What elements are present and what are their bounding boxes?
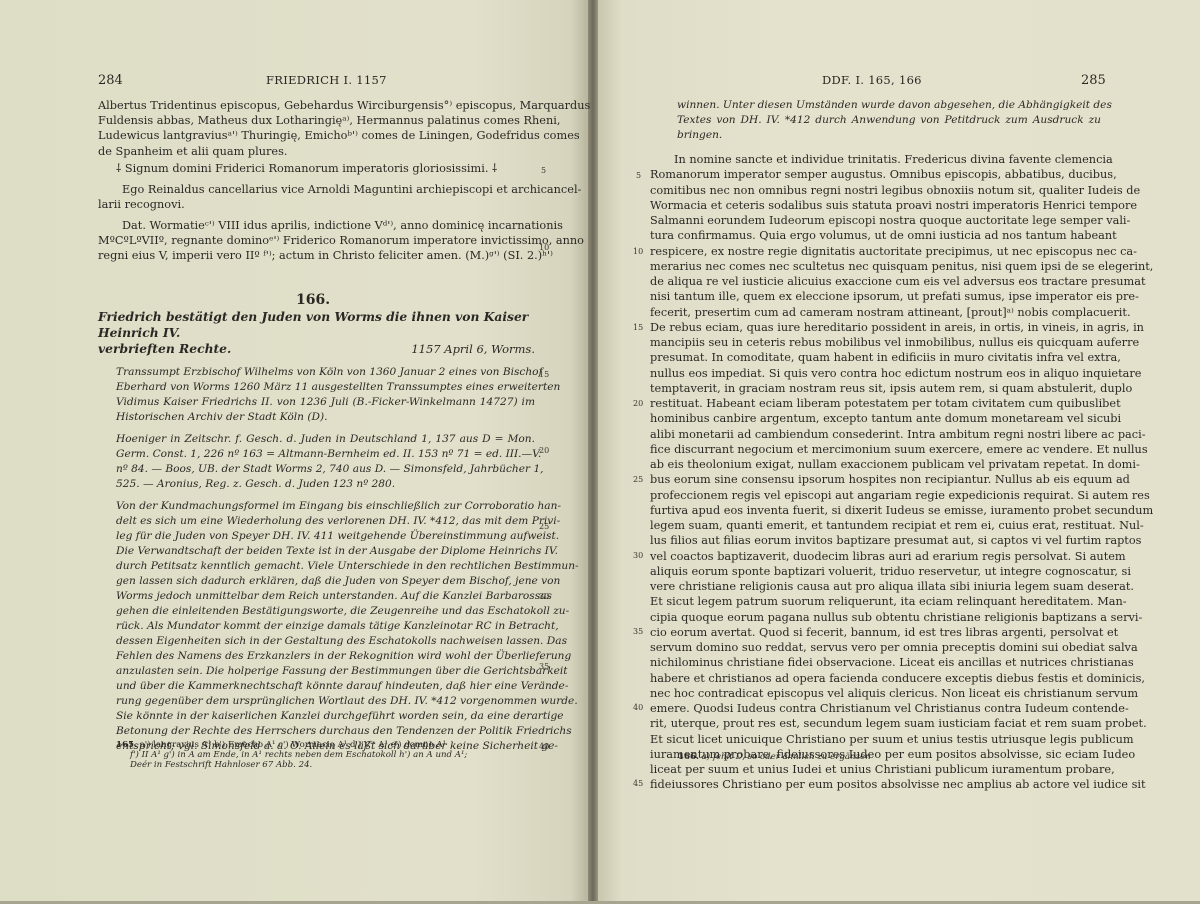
text-line: respicere, ex nostre regie dignitatis au… [650,244,1101,259]
right-running-head: DDF. I. 165, 166 [822,73,922,87]
line-number: 35 [539,662,549,671]
text-line: Et sicut licet unicuique Christiano per … [650,732,1101,747]
text-line: Albertus Tridentinus episcopus, Gebehard… [98,98,535,113]
footnote-label: 166. [678,752,699,762]
document-number: 166. [296,292,330,308]
text-line: fideiussores Christiano per eum positos … [650,777,1101,792]
monogram-cross-icon: ⸸ [116,162,125,175]
text-line: comitibus nec non omnibus regni nostri l… [650,183,1101,198]
commentary: Von der Kundmachungsformel im Eingang bi… [116,499,535,754]
line-number: 15 [539,370,549,379]
dating-clause: Dat. Wormatieᶜ'⁾ VIII idus aprilis, indi… [98,218,535,264]
text-line: Wormacia et ceteris sodalibus suis statu… [650,198,1101,213]
text-line: cio eorum avertat. Quod si fecerit, bann… [650,625,1101,640]
text-line: Dat. Wormatieᶜ'⁾ VIII idus aprilis, indi… [98,218,535,233]
line-number: 15 [633,323,643,332]
line-number: 30 [539,592,549,601]
footnote-label: 165. [116,740,137,750]
text-line: emere. Quodsi Iudeus contra Christianum … [650,701,1101,716]
monogram-cross-icon: ⸸ [488,162,497,175]
text-line: rit, uterque, prout res est, secundum le… [650,716,1101,731]
text-line: habere et christianos ad opera facienda … [650,671,1101,686]
text-line: vere christiane religionis causa aut pro… [650,579,1101,594]
text-line: Germ. Const. 1, 226 nº 163 = Altmann-Ber… [116,447,535,462]
text-line: mancipiis seu in ceteris rebus mobilibus… [650,335,1101,350]
text-line: furtiva apud eos inventa fuerit, si dixe… [650,503,1101,518]
text-line: vel coactos baptizaverit, duodecim libra… [650,549,1101,564]
signum-line: ⸸ Signum domini Friderici Romanorum impe… [116,161,536,176]
text-line: Ludewicus lantgraviusᵃ'⁾ Thuringię, Emic… [98,128,535,143]
book-gutter [588,0,598,904]
text-line: regni eius V, imperii vero IIº ᶠ'⁾; actu… [98,248,535,263]
text-line: Sie könnte in der kaiserlichen Kanzlei d… [116,709,535,724]
text-line: Von der Kundmachungsformel im Eingang bi… [116,499,535,514]
commentary-continuation: winnen. Unter diesen Umständen wurde dav… [677,98,1101,143]
left-footnotes: 165. a') langravius A¹ b') Emecho A¹ c')… [116,740,536,770]
text-line: nº 84. — Boos, UB. der Stadt Worms 2, 74… [116,462,535,477]
line-number: 5 [636,171,641,180]
text-line: leg für die Juden von Speyer DH. IV. 411… [116,529,535,544]
text-line: In nomine sancte et individue trinitatis… [650,152,1101,167]
text-line: Betonung der Rechte des Herrschers durch… [116,724,535,739]
text-line: gehen die einleitenden Bestätigungsworte… [116,604,535,619]
text-line: legem suam, quanti emerit, et tantundem … [650,518,1101,533]
text-line: servum domino suo reddat, servus vero pe… [650,640,1101,655]
text-line: aliquis eorum sponte baptizari voluerit,… [650,564,1101,579]
line-number: 25 [539,522,549,531]
text-line: nisi tantum ille, quem ex eleccione ipso… [650,289,1101,304]
line-number: 40 [633,703,643,712]
text-line: und über die Kammerknechtschaft könnte d… [116,679,535,694]
text-line: presumat. In comoditate, quam habent in … [650,350,1101,365]
text-line: ab eis theolonium exigat, nullam exaccio… [650,457,1101,472]
document-date: 1157 April 6, Worms. [98,342,535,356]
text-line: temptaverit, in graciam nostram reus sit… [650,381,1101,396]
text-line: lus filios aut filias eorum invitos bapt… [650,533,1101,548]
line-number: 25 [633,475,643,484]
text-line: De rebus eciam, quas iure hereditario po… [650,320,1101,335]
text-line: restituat. Habeant eciam liberam potesta… [650,396,1101,411]
text-line: Fuldensis abbas, Matheus dux Lotharingię… [98,113,535,128]
right-footnote: 166. a) fehlt D, so oder ähnlich zu ergä… [678,752,1098,762]
text-line: Fehlen des Namens des Erzkanzlers in der… [116,649,535,664]
text-line: Hoeniger in Zeitschr. f. Gesch. d. Juden… [116,432,535,447]
text-line: larii recognovi. [98,197,535,212]
text-line: durch Petitsatz kenntlich gemacht. Viele… [116,559,535,574]
text-line: gen lassen sich dadurch erklären, daß di… [116,574,535,589]
text-line: fice discurrant negocium et mercimonium … [650,442,1101,457]
text-line: cipia quoque eorum pagana nullus sub obt… [650,610,1101,625]
line-number: 10 [633,247,643,256]
left-page-number: 284 [98,73,123,88]
text-line: Eberhard von Worms 1260 März 11 ausgeste… [116,380,535,395]
text-line: Die Verwandtschaft der beiden Texte ist … [116,544,535,559]
tradition-note: Transsumpt Erzbischof Wilhelms von Köln … [116,365,535,425]
editions-note: Hoeniger in Zeitschr. f. Gesch. d. Juden… [116,432,535,492]
text-line: bringen. [677,128,1101,143]
text-line: dessen Eigenheiten sich in der Gestaltun… [116,634,535,649]
text-line: rung gegenüber dem ursprünglichen Wortla… [116,694,535,709]
line-number: 10 [539,243,549,252]
text-line: profeccionem regis vel episcopi aut anga… [650,488,1101,503]
text-line: delt es sich um eine Wiederholung des ve… [116,514,535,529]
text-line: de Spanheim et alii quam plures. [98,144,535,159]
text-line: liceat per suum et unius Iudei et unius … [650,762,1101,777]
text-line: Et sicut legem patrum suorum reliquerunt… [650,594,1101,609]
text-line: de aliqua re vel iusticie alicuius exacc… [650,274,1101,289]
footnote-text: a) fehlt D, so oder ähnlich zu ergänzen [702,752,871,762]
footnote-text: a') langravius A¹ b') Emecho A¹ c') Worm… [140,740,446,750]
text-line: Salmanni eorundem Iudeorum episcopi nost… [650,213,1101,228]
text-line: Historischen Archiv der Stadt Köln (D). [116,410,535,425]
text-line: nullus eos impediat. Si quis vero contra… [650,366,1101,381]
recognition: Ego Reinaldus cancellarius vice Arnoldi … [98,182,535,212]
text-line: Ego Reinaldus cancellarius vice Arnoldi … [98,182,535,197]
text-line: winnen. Unter diesen Umständen wurde dav… [677,98,1101,113]
line-number: 40 [539,742,549,751]
title-line: Friedrich bestätigt den Juden von Worms … [98,309,535,341]
witness-list: Albertus Tridentinus episcopus, Gebehard… [98,98,535,159]
line-number: 30 [633,551,643,560]
text-line: alibi monetarii ad cambiendum consederin… [650,427,1101,442]
text-line: rück. Als Mundator kommt der einzige dam… [116,619,535,634]
text-line: 525. — Aronius, Reg. z. Gesch. d. Juden … [116,477,535,492]
text-line: anzulasten sein. Die holperige Fassung d… [116,664,535,679]
line-number: 20 [633,399,643,408]
text-line: merarius nec comes nec scultetus nec qui… [650,259,1101,274]
text-line: fecerit, presertim cum ad cameram nostra… [650,305,1101,320]
text-line: Romanorum imperator semper augustus. Omn… [650,167,1101,182]
text-line: bus eorum sine consensu ipsorum hospites… [650,472,1101,487]
footnote-line: 165. a') langravius A¹ b') Emecho A¹ c')… [116,740,536,750]
text-line: Worms jedoch unmittelbar dem Reich unter… [116,589,535,604]
text-line: MºCºLºVIIº, regnante dominoᵉ'⁾ Friderico… [98,233,535,248]
footnote-line: f') II A¹ g') in A am Ende, in A¹ rechts… [116,750,536,760]
text-line: Transsumpt Erzbischof Wilhelms von Köln … [116,365,535,380]
signum-text: Signum domini Friderici Romanorum impera… [125,162,489,175]
text-line: nec hoc contradicat episcopus vel aliqui… [650,686,1101,701]
footnote-line: Deér in Festschrift Hahnloser 67 Abb. 24… [116,760,536,770]
line-number: 35 [633,627,643,636]
text-line: Vidimus Kaiser Friedrichs II. von 1236 J… [116,395,535,410]
line-number: 45 [633,779,643,788]
book-spread: 284 FRIEDRICH I. 1157 Albertus Tridentin… [0,0,1200,904]
charter-text: In nomine sancte et individue trinitatis… [650,152,1101,793]
text-line: Textes von DH. IV. *412 durch Anwendung … [677,113,1101,128]
text-line: nichilominus christiane fidei observacio… [650,655,1101,670]
left-running-head: FRIEDRICH I. 1157 [266,73,387,87]
text-line: hominibus canbire argentum, excepto tant… [650,411,1101,426]
right-page-number: 285 [1081,73,1106,88]
text-line: tura confirmamus. Quia ergo volumus, ut … [650,228,1101,243]
line-number: 5 [541,166,546,175]
line-number: 20 [539,446,549,455]
